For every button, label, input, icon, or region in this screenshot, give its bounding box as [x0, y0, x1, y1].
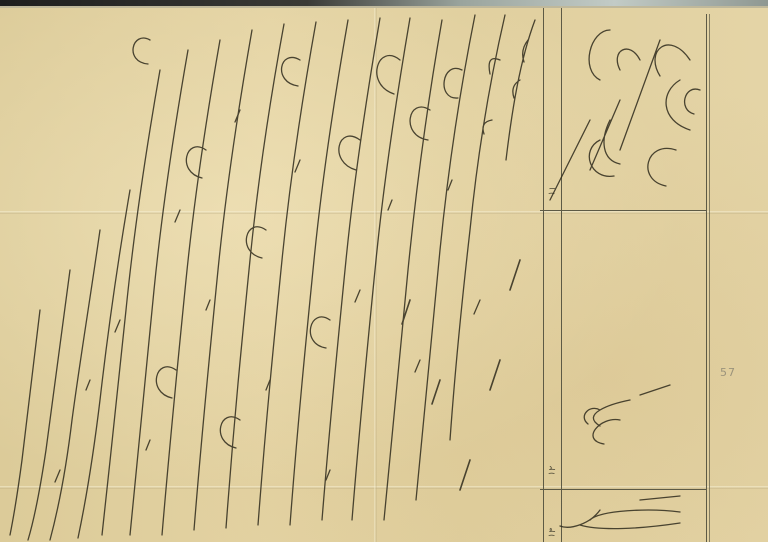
margin-note-middle: short signature / seal mark (middle righ…	[600, 400, 768, 426]
text-line: متن عثمانی سطر ۹	[280, 260, 387, 275]
text-line: متن عثمانی سطر ۵	[400, 140, 507, 155]
document-page: ١١ ١٢ ١٣	[0, 0, 768, 542]
text-line: متن عثمانی سطر ۲	[490, 50, 597, 65]
text-line: متن عثمانی سطر ۱۲	[190, 350, 304, 365]
margin-note-top: marginal annotation with signature flour…	[600, 60, 768, 99]
text-line: متن عثمانی سطر ۱۶	[70, 470, 184, 485]
text-line: متن عثمانی سطر ۷	[340, 200, 447, 215]
main-body-text: متن عثمانی سطر ۱ متن عثمانی سطر ۲ متن عث…	[20, 10, 540, 540]
text-line: متن عثمانی سطر ۱۳	[160, 380, 274, 395]
margin-note-bottom: two-line annotation (lower right cell)	[580, 505, 768, 531]
text-line: متن عثمانی سطر ۳	[460, 80, 567, 95]
text-line: متن عثمانی سطر ۱۵	[100, 440, 214, 455]
text-line: متن عثمانی سطر ۱۱	[220, 320, 334, 335]
text-line: متن عثمانی سطر ۴	[430, 110, 537, 125]
margin-note-strokes	[550, 30, 700, 529]
text-line: متن عثمانی سطر ۱	[520, 20, 627, 35]
text-line: متن عثمانی سطر ۱۰	[250, 290, 364, 305]
text-line: متن عثمانی سطر ۶	[370, 170, 477, 185]
page-number: 57	[720, 366, 736, 379]
text-line: متن عثمانی سطر ۱۴	[130, 410, 244, 425]
text-line: متن عثمانی سطر ۸	[310, 230, 417, 245]
